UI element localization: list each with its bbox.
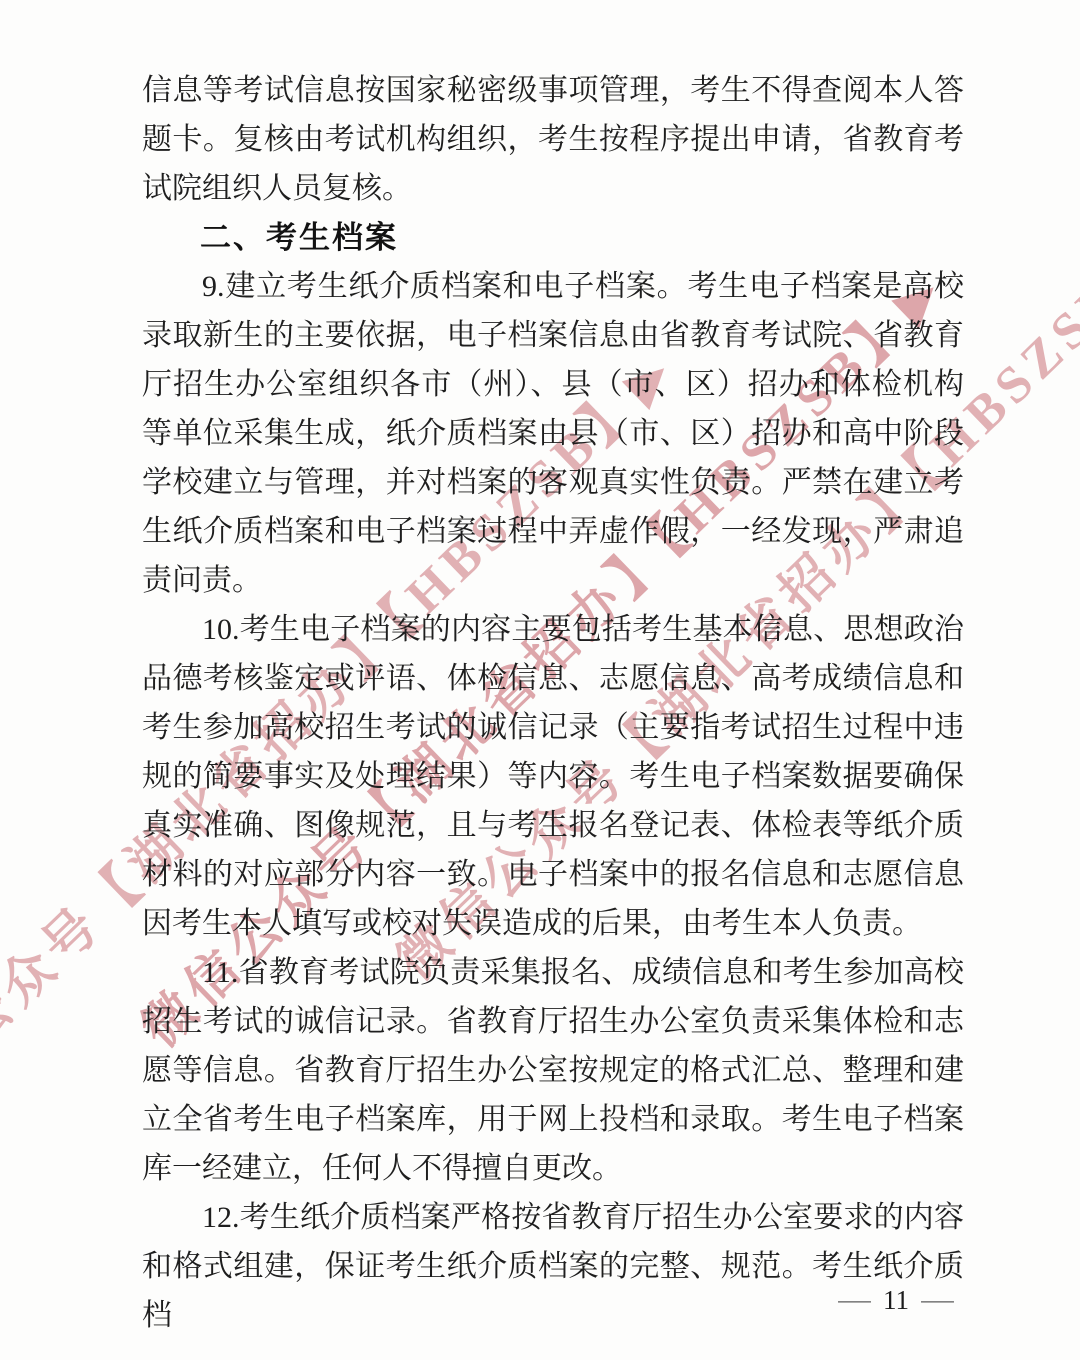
page-number-dash-right: — [921, 1287, 954, 1315]
paragraph-9: 9.建立考生纸介质档案和电子档案。考生电子档案是高校录取新生的主要依据，电子档案… [142, 262, 964, 605]
paragraph-11: 11.省教育考试院负责采集报名、成绩信息和考生参加高校招生考试的诚信记录。省教育… [142, 948, 964, 1193]
page-number-value: 11 [883, 1285, 909, 1316]
document-body: 信息等考试信息按国家秘密级事项管理，考生不得查阅本人答题卡。复核由考试机构组织，… [142, 66, 964, 1340]
paragraph-12: 12.考生纸介质档案严格按省教育厅招生办公室要求的内容和格式组建，保证考生纸介质… [142, 1193, 964, 1340]
paragraph-continuation: 信息等考试信息按国家秘密级事项管理，考生不得查阅本人答题卡。复核由考试机构组织，… [142, 66, 964, 213]
page-number-dash-left: — [838, 1287, 871, 1315]
paragraph-10: 10.考生电子档案的内容主要包括考生基本信息、思想政治品德考核鉴定或评语、体检信… [142, 605, 964, 948]
section-heading: 二、考生档案 [142, 213, 964, 262]
page-number: — 11 — [842, 1285, 950, 1316]
document-page: 微信公众号【湖北省招办】【HBSZSB】▶ 微信公众号【湖北省招办】【HBSZS… [0, 0, 1080, 1360]
